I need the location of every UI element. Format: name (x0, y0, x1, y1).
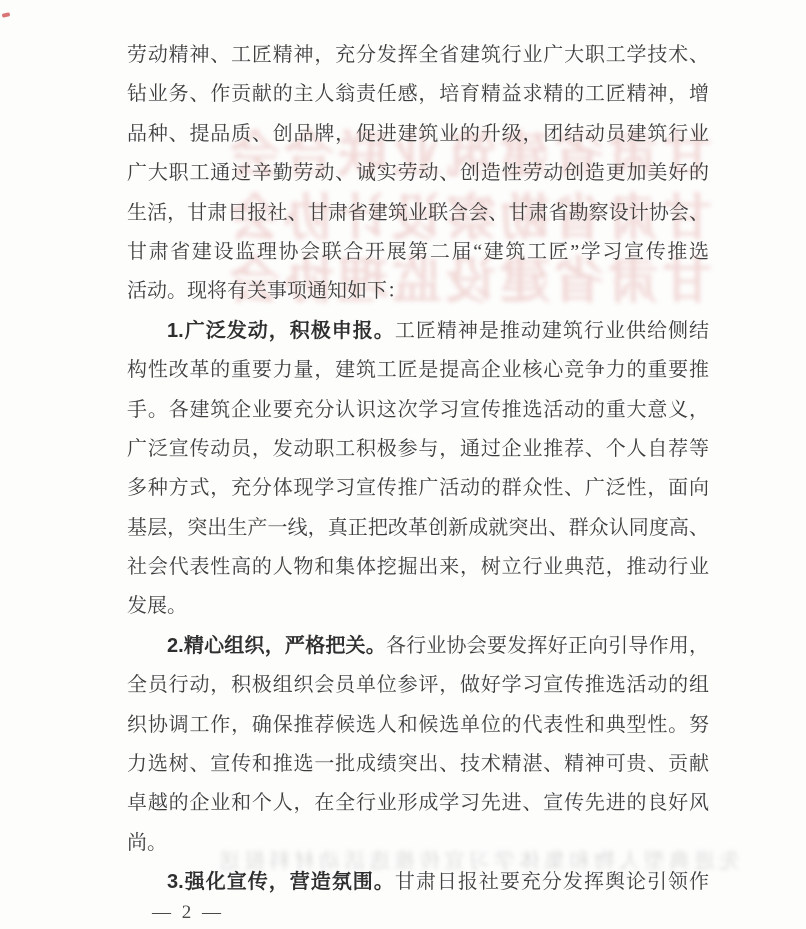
text-line: 品种、提品质、创品牌，促进建筑业的升级，团结动员建筑行业 (127, 115, 709, 154)
text-line: 全员行动，积极组织会员单位参评，做好学习宣传推选活动的组 (127, 666, 709, 705)
bold-heading-run: 1.广泛发动，积极申报。 (167, 320, 395, 342)
document-page: 甘肃省建筑业联合会甘肃省勘察设计协会甘肃省建设监理协会 先进典型人物和集体学习宣… (0, 0, 806, 929)
text-line: 钻业务、作贡献的主人翁责任感，培育精益求精的工匠精神，增 (127, 75, 709, 114)
bold-heading-run: 2.精心组织，严格把关。 (167, 635, 386, 657)
text-line: 构性改革的重要力量，建筑工匠是提高企业核心竞争力的重要推 (127, 351, 709, 390)
text-line: 力选树、宣传和推选一批成绩突出、技术精湛、精神可贵、贡献 (127, 745, 709, 784)
text-line: 劳动精神、工匠精神，充分发挥全省建筑行业广大职工学技术、 (127, 36, 709, 75)
text-line: 1.广泛发动，积极申报。工匠精神是推动建筑行业供给侧结 (127, 312, 709, 351)
page-number: — 2 — (152, 902, 224, 924)
text-line: 生活，甘肃日报社、甘肃省建筑业联合会、甘肃省勘察设计协会、 (127, 194, 709, 233)
text-line: 织协调工作，确保推荐候选人和候选单位的代表性和典型性。努 (127, 706, 709, 745)
bold-heading-run: 3.强化宣传，营造氛围。 (167, 871, 395, 893)
text-line: 广泛宣传动员，发动职工积极参与，通过企业推荐、个人自荐等 (127, 430, 709, 469)
text-line: 发展。 (127, 587, 709, 626)
text-line: 甘肃省建设监理协会联合开展第二届“建筑工匠”学习宣传推选 (127, 233, 709, 272)
text-line: 2.精心组织，严格把关。各行业协会要发挥好正向引导作用， (127, 627, 709, 666)
text-line: 社会代表性高的人物和集体挖掘出来，树立行业典范，推动行业 (127, 548, 709, 587)
text-line: 活动。现将有关事项通知如下： (127, 272, 709, 311)
red-ink-speck (2, 12, 11, 18)
text-line: 广大职工通过辛勤劳动、诚实劳动、创造性劳动创造更加美好的 (127, 154, 709, 193)
text-line: 尚。 (127, 824, 709, 863)
text-line: 3.强化宣传，营造氛围。甘肃日报社要充分发挥舆论引领作 (127, 863, 709, 902)
text-line: 多种方式，充分体现学习宣传推广活动的群众性、广泛性，面向 (127, 469, 709, 508)
text-line: 卓越的企业和个人，在全行业形成学习先进、宣传先进的良好风 (127, 784, 709, 823)
text-line: 手。各建筑企业要充分认识这次学习宣传推选活动的重大意义， (127, 391, 709, 430)
document-body: 劳动精神、工匠精神，充分发挥全省建筑行业广大职工学技术、钻业务、作贡献的主人翁责… (127, 36, 709, 903)
text-line: 基层，突出生产一线，真正把改革创新成就突出、群众认同度高、 (127, 509, 709, 548)
